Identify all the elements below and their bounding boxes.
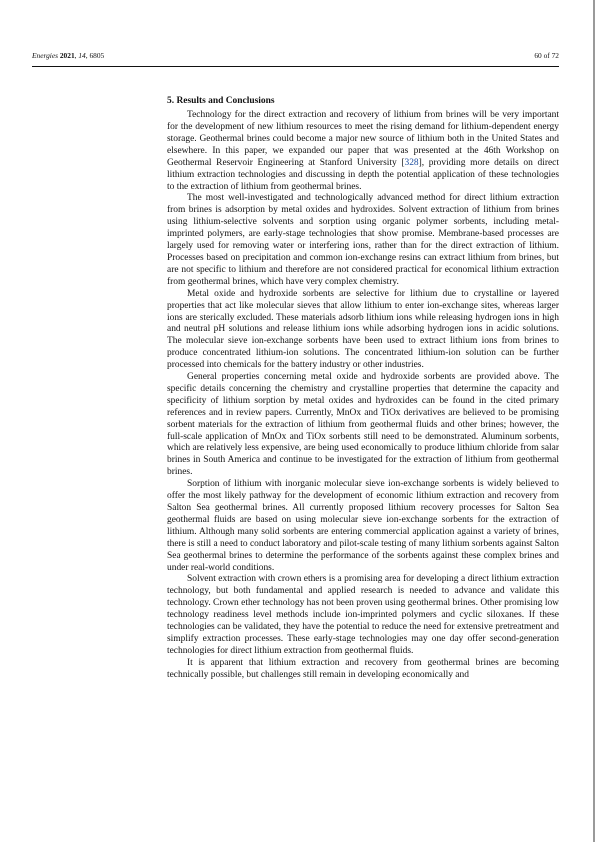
- paragraph-5: Sorption of lithium with inorganic molec…: [167, 479, 559, 574]
- paragraph-6: Solvent extraction with crown ethers is …: [167, 574, 559, 657]
- article-number: 6805: [89, 51, 104, 60]
- paragraph-2: The most well-investigated and technolog…: [167, 193, 559, 288]
- journal-volume: 14: [78, 51, 85, 60]
- section-heading: 5. Results and Conclusions: [167, 96, 559, 108]
- citation-link[interactable]: 328: [404, 158, 418, 168]
- paragraph-7: It is apparent that lithium extraction a…: [167, 658, 559, 682]
- journal-year: 2021: [60, 51, 75, 60]
- article-body: 5. Results and Conclusions Technology fo…: [167, 96, 559, 682]
- paragraph-3: Metal oxide and hydroxide sorbents are s…: [167, 289, 559, 372]
- journal-citation: Energies 2021, 14, 6805: [32, 51, 104, 61]
- paragraph-4: General properties concerning metal oxid…: [167, 372, 559, 479]
- header-rule: [32, 66, 559, 67]
- journal-name: Energies: [32, 51, 58, 60]
- running-header: Energies 2021, 14, 6805 60 of 72: [32, 51, 559, 65]
- page-number: 60 of 72: [534, 51, 559, 61]
- paragraph-1: Technology for the direct extraction and…: [167, 110, 559, 193]
